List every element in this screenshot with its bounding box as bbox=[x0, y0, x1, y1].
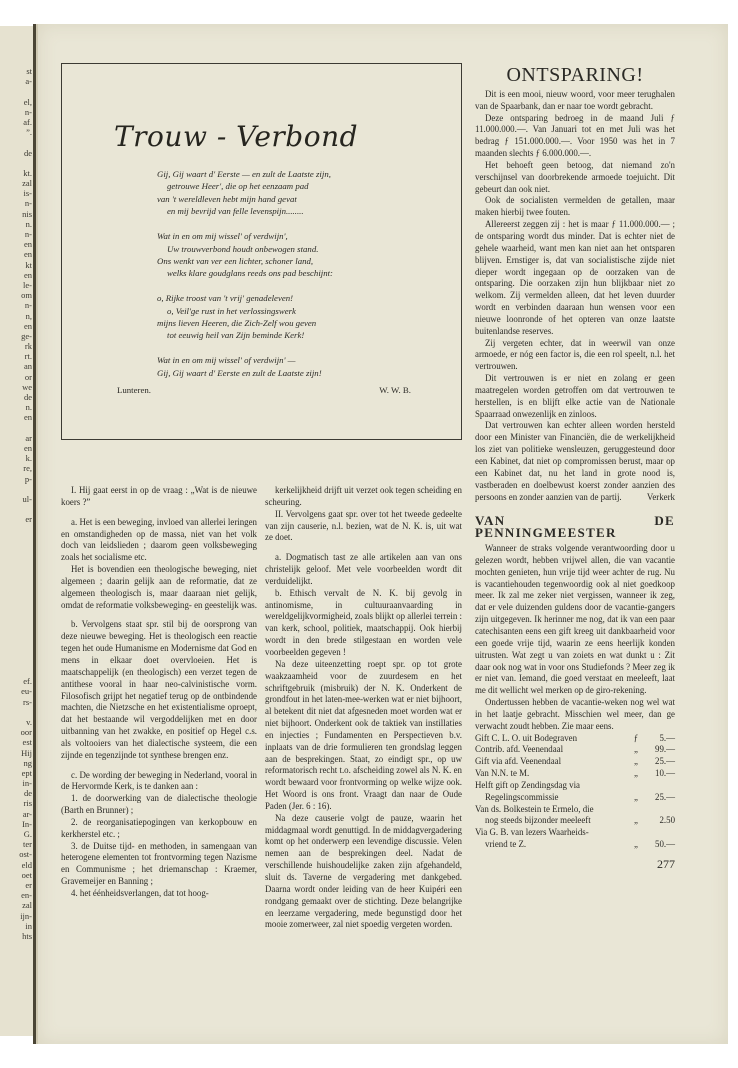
ledger-currency bbox=[629, 804, 643, 816]
paragraph: Ook de socialisten vermelden de getallen… bbox=[475, 195, 675, 219]
poem-line: welks klare goudglans reeds ons pad besc… bbox=[157, 267, 447, 279]
text-fragment: de bbox=[19, 788, 32, 798]
ontsparing-article: Dit is een mooi, nieuw woord, voor meer … bbox=[475, 89, 675, 504]
text-fragment: en bbox=[21, 270, 32, 280]
ontsparing-heading: ONTSPARING! bbox=[475, 70, 675, 82]
ledger-description: vriend te Z. bbox=[475, 839, 629, 851]
text-fragment: ar- bbox=[19, 809, 32, 819]
ledger-amount: 99.— bbox=[643, 744, 675, 756]
ledger-amount: 2.50 bbox=[643, 815, 675, 827]
text-fragment: kt. bbox=[21, 168, 32, 178]
text-fragment: en bbox=[21, 443, 32, 453]
paragraph: a. Het is een beweging, invloed van alle… bbox=[61, 517, 257, 564]
ledger-amount: 50.— bbox=[643, 839, 675, 851]
text-fragment: de bbox=[21, 392, 32, 402]
ledger-row: Gift via afd. Veenendaal„25.— bbox=[475, 756, 675, 768]
ledger-row: Van N.N. te M.„10.— bbox=[475, 768, 675, 780]
right-column: ONTSPARING! Dit is een mooi, nieuw woord… bbox=[475, 70, 675, 871]
text-fragment bbox=[21, 423, 32, 433]
previous-page-text-bottom: ef.eu-rs-v.oorestHijngeptin-derisar-In-G… bbox=[19, 666, 32, 941]
ledger-row: Regelingscommissie„25.— bbox=[475, 792, 675, 804]
text-fragment: in- bbox=[19, 778, 32, 788]
poem-line: Wat in en om mij wissel' of verdwijn', bbox=[157, 230, 447, 242]
ledger-row: Via G. B. van lezers Waarheids- bbox=[475, 827, 675, 839]
paragraph: I. Hij gaat eerst in op de vraag : „Wat … bbox=[61, 485, 257, 509]
ledger-currency: „ bbox=[629, 839, 643, 851]
text-fragment: rs- bbox=[19, 697, 32, 707]
text-fragment: zal bbox=[21, 178, 32, 188]
text-fragment bbox=[21, 504, 32, 514]
text-fragment: en- bbox=[19, 890, 32, 900]
paragraph: Na deze causerie volgt de pauze, waarin … bbox=[265, 813, 462, 931]
previous-page-edge: sta-el,n-af.”.dekt.zalis-n-nisn.n-enenkt… bbox=[0, 26, 34, 1036]
poem-line: Ons wenkt van ver een lichter, schoner l… bbox=[157, 255, 447, 267]
text-fragment bbox=[21, 86, 32, 96]
penningmeester-heading: VAN DE PENNINGMEESTER bbox=[475, 515, 675, 539]
ledger-currency bbox=[629, 827, 643, 839]
ledger-currency: ƒ bbox=[629, 733, 643, 745]
ledger-currency: „ bbox=[629, 768, 643, 780]
ledger-amount: 25.— bbox=[643, 756, 675, 768]
text-fragment: Hij bbox=[19, 748, 32, 758]
text-fragment: n- bbox=[21, 198, 32, 208]
paragraph: Dit vertrouwen is er niet en zolang er g… bbox=[475, 373, 675, 420]
text-fragment: ”. bbox=[21, 127, 32, 137]
text-fragment: ul- bbox=[21, 494, 32, 504]
poem-line: o, Veil'ge rust in het verlossingswerk bbox=[157, 305, 447, 317]
ledger-currency: „ bbox=[629, 792, 643, 804]
text-fragment: st bbox=[21, 66, 32, 76]
text-fragment: zal bbox=[19, 900, 32, 910]
text-fragment: G. bbox=[19, 829, 32, 839]
text-fragment bbox=[19, 707, 32, 717]
poem-author: W. W. B. bbox=[379, 385, 411, 395]
poem-place: Lunteren. bbox=[117, 385, 151, 395]
poem-stanza: Wat in en om mij wissel' of verdwijn' —G… bbox=[157, 354, 447, 379]
text-fragment: ef. bbox=[19, 676, 32, 686]
poem-line: Wat in en om mij wissel' of verdwijn' — bbox=[157, 354, 447, 366]
paragraph: Na deze uiteenzetting roept spr. op tot … bbox=[265, 659, 462, 813]
poem-line: van 't wereldleven hebt mijn hand gevat bbox=[157, 193, 447, 205]
paragraph: Wanneer de straks volgende verantwoordin… bbox=[475, 543, 675, 697]
text-fragment bbox=[21, 158, 32, 168]
text-fragment: er bbox=[19, 880, 32, 890]
text-fragment: In- bbox=[19, 819, 32, 829]
ledger-description: Gift via afd. Veenendaal bbox=[475, 756, 629, 768]
poem-frame: Trouw - Verbond Gij, Gij waart d' Eerste… bbox=[61, 63, 462, 440]
text-fragment: n- bbox=[21, 107, 32, 117]
text-fragment: ijn- bbox=[19, 911, 32, 921]
text-fragment: eu- bbox=[19, 686, 32, 696]
poem-title: Trouw - Verbond bbox=[114, 120, 358, 153]
text-fragment: ng bbox=[19, 758, 32, 768]
ledger-description: Gift C. L. O. uit Bodegraven bbox=[475, 733, 629, 745]
left-column-report: I. Hij gaat eerst in op de vraag : „Wat … bbox=[61, 485, 257, 900]
ledger-description: Helft gift op Zendingsdag via bbox=[475, 780, 629, 792]
paragraph: Het behoeft geen betoog, dat niemand zo'… bbox=[475, 160, 675, 196]
poem-line: getrouwe Heer', die op het eenzaam pad bbox=[157, 180, 447, 192]
text-fragment bbox=[21, 484, 32, 494]
text-fragment: rt. bbox=[21, 351, 32, 361]
text-fragment: en bbox=[21, 412, 32, 422]
poem-line: Uw trouwverbond houdt onbewogen stand. bbox=[157, 243, 447, 255]
text-fragment: in bbox=[19, 921, 32, 931]
text-fragment: ter bbox=[19, 839, 32, 849]
paragraph: b. Ethisch vervalt de N. K. bij gevolg i… bbox=[265, 588, 462, 659]
ledger-currency: „ bbox=[629, 744, 643, 756]
text-fragment bbox=[19, 666, 32, 676]
text-fragment: af. bbox=[21, 117, 32, 127]
donations-ledger: Gift C. L. O. uit Bodegravenƒ5.—Contrib.… bbox=[475, 733, 675, 851]
paragraph: 4. het éénheidsverlangen, dat tot hoog- bbox=[61, 888, 257, 900]
text-fragment: rk bbox=[21, 341, 32, 351]
poem-line: Gij, Gij waart d' Eerste — en zult de La… bbox=[157, 168, 447, 180]
text-fragment: n, bbox=[21, 311, 32, 321]
paragraph: c. De wording der beweging in Nederland,… bbox=[61, 770, 257, 794]
paragraph: 1. de doorwerking van de dialectische th… bbox=[61, 793, 257, 817]
paragraph: 3. de Duitse tijd- en methoden, in samen… bbox=[61, 841, 257, 888]
text-fragment: k. bbox=[21, 453, 32, 463]
text-fragment: v. bbox=[19, 717, 32, 727]
ledger-amount: 5.— bbox=[643, 733, 675, 745]
ledger-description: Via G. B. van lezers Waarheids- bbox=[475, 827, 629, 839]
page-number: 277 bbox=[475, 859, 675, 871]
poem-line: Gij, Gij waart d' Eerste en zult de Laat… bbox=[157, 367, 447, 379]
ledger-amount: 25.— bbox=[643, 792, 675, 804]
poem-body: Gij, Gij waart d' Eerste — en zult de La… bbox=[157, 168, 447, 392]
text-fragment: ept bbox=[19, 768, 32, 778]
text-fragment: nis bbox=[21, 209, 32, 219]
paragraph: Het is bovendien een theologische bewegi… bbox=[61, 564, 257, 611]
paragraph: a. Dogmatisch tast ze alle artikelen aan… bbox=[265, 552, 462, 588]
text-fragment: oor bbox=[19, 727, 32, 737]
ledger-row: Gift C. L. O. uit Bodegravenƒ5.— bbox=[475, 733, 675, 745]
paragraph: Dit is een mooi, nieuw woord, voor meer … bbox=[475, 89, 675, 113]
previous-page-text-top: sta-el,n-af.”.dekt.zalis-n-nisn.n-enenkt… bbox=[21, 66, 32, 524]
ledger-amount bbox=[643, 827, 675, 839]
text-fragment: n- bbox=[21, 300, 32, 310]
text-fragment: is- bbox=[21, 188, 32, 198]
text-fragment: ar bbox=[21, 433, 32, 443]
text-fragment: en bbox=[21, 239, 32, 249]
paragraph: Deze ontsparing bedroeg in de maand Juli… bbox=[475, 113, 675, 160]
ledger-row: Helft gift op Zendingsdag via bbox=[475, 780, 675, 792]
text-fragment: om bbox=[21, 290, 32, 300]
text-fragment: en bbox=[21, 249, 32, 259]
paragraph: Dat vertrouwen kan echter alleen worden … bbox=[475, 420, 675, 503]
paragraph: b. Vervolgens staat spr. stil bij de oor… bbox=[61, 619, 257, 761]
ledger-row: vriend te Z.„50.— bbox=[475, 839, 675, 851]
ledger-row: Van ds. Bolkestein te Ermelo, die bbox=[475, 804, 675, 816]
ledger-currency: „ bbox=[629, 815, 643, 827]
penningmeester-article: Wanneer de straks volgende verantwoordin… bbox=[475, 543, 675, 733]
text-fragment: ost- bbox=[19, 849, 32, 859]
paragraph: 2. de reorganisatiepogingen van kerkopbo… bbox=[61, 817, 257, 841]
text-fragment: est bbox=[19, 737, 32, 747]
text-fragment: de bbox=[21, 148, 32, 158]
ledger-description: Van ds. Bolkestein te Ermelo, die bbox=[475, 804, 629, 816]
text-fragment bbox=[21, 137, 32, 147]
text-fragment: we bbox=[21, 382, 32, 392]
ledger-amount bbox=[643, 804, 675, 816]
poem-stanza: Wat in en om mij wissel' of verdwijn',Uw… bbox=[157, 230, 447, 280]
paragraph: II. Vervolgens gaat spr. over tot het tw… bbox=[265, 509, 462, 545]
ledger-currency: „ bbox=[629, 756, 643, 768]
paragraph: kerkelijkheid drijft uit verzet ook tege… bbox=[265, 485, 462, 509]
ledger-row: Contrib. afd. Veenendaal„99.— bbox=[475, 744, 675, 756]
ledger-description: Contrib. afd. Veenendaal bbox=[475, 744, 629, 756]
text-fragment: le- bbox=[21, 280, 32, 290]
text-fragment: oet bbox=[19, 870, 32, 880]
ledger-amount bbox=[643, 780, 675, 792]
text-fragment: a- bbox=[21, 76, 32, 86]
paragraph: Allereerst zeggen zij : het is maar ƒ 11… bbox=[475, 219, 675, 337]
text-fragment: n. bbox=[21, 219, 32, 229]
text-fragment: kt bbox=[21, 260, 32, 270]
text-fragment: ge- bbox=[21, 331, 32, 341]
ledger-description: Regelingscommissie bbox=[475, 792, 629, 804]
text-fragment: ris bbox=[19, 798, 32, 808]
poem-line: tot eeuwig heil van Zijn beminde Kerk! bbox=[157, 329, 447, 341]
paragraph: Ondertussen hebben de vacantie-weken nog… bbox=[475, 697, 675, 733]
text-fragment: n- bbox=[21, 229, 32, 239]
text-fragment: or bbox=[21, 372, 32, 382]
text-fragment: en bbox=[21, 321, 32, 331]
ledger-description: Van N.N. te M. bbox=[475, 768, 629, 780]
text-fragment: el, bbox=[21, 97, 32, 107]
ledger-description: nog steeds bijzonder meeleeft bbox=[475, 815, 629, 827]
ledger-row: nog steeds bijzonder meeleeft„2.50 bbox=[475, 815, 675, 827]
text-fragment: hts bbox=[19, 931, 32, 941]
middle-column-report: kerkelijkheid drijft uit verzet ook tege… bbox=[265, 485, 462, 931]
poem-stanza: Gij, Gij waart d' Eerste — en zult de La… bbox=[157, 168, 447, 218]
poem-line: en mij bevrijd van felle levenspijn.....… bbox=[157, 205, 447, 217]
text-fragment: er bbox=[21, 514, 32, 524]
poem-line: mijns lieven Heeren, die Zich-Zelf wou g… bbox=[157, 317, 447, 329]
text-fragment: an bbox=[21, 361, 32, 371]
poem-line: o, Rijke troost van 't vrij' genadeleven… bbox=[157, 292, 447, 304]
ledger-amount: 10.— bbox=[643, 768, 675, 780]
text-fragment: p- bbox=[21, 474, 32, 484]
paragraph: Zij vergeten echter, dat in weerwil van … bbox=[475, 338, 675, 374]
text-fragment: n. bbox=[21, 402, 32, 412]
text-fragment: eld bbox=[19, 860, 32, 870]
ledger-currency bbox=[629, 780, 643, 792]
text-fragment: re, bbox=[21, 463, 32, 473]
poem-stanza: o, Rijke troost van 't vrij' genadeleven… bbox=[157, 292, 447, 342]
